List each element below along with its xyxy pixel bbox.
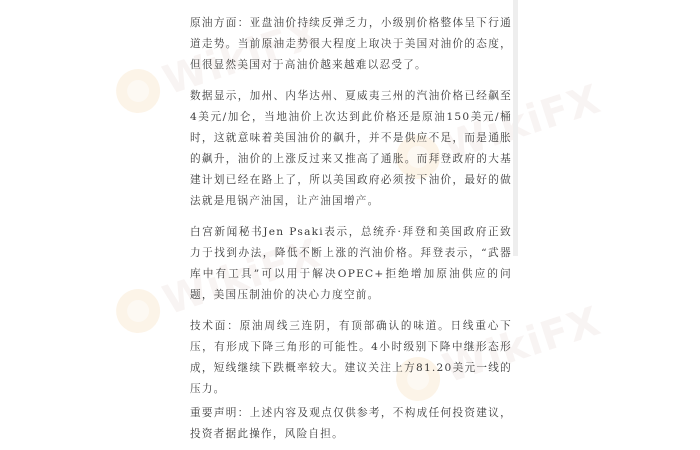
article-body: 原油方面：亚盘油价持续反弹乏力，小级别价格整体呈下行通道走势。当前原油走势很大程… (190, 13, 512, 410)
scrollbar[interactable] (513, 0, 518, 256)
wikifx-logo-icon (110, 283, 165, 338)
paragraph-crude-oil: 原油方面：亚盘油价持续反弹乏力，小级别价格整体呈下行通道走势。当前原油走势很大程… (190, 13, 512, 76)
paragraph-technical: 技术面：原油周线三连阴，有顶部确认的味道。日线重心下压，有形成下降三角形的可能性… (190, 316, 512, 400)
paragraph-white-house: 白宫新闻秘书Jen Psaki表示，总统乔·拜登和美国政府正致力于找到办法，降低… (190, 222, 512, 306)
paragraph-data: 数据显示，加州、内华达州、夏威夷三州的汽油价格已经飙至4美元/加仑，当地油价上次… (190, 86, 512, 212)
wikifx-logo-icon (110, 63, 165, 118)
disclaimer: 重要声明：上述内容及观点仅供参考，不构成任何投资建议，投资者据此操作，风险自担。 (190, 403, 512, 445)
